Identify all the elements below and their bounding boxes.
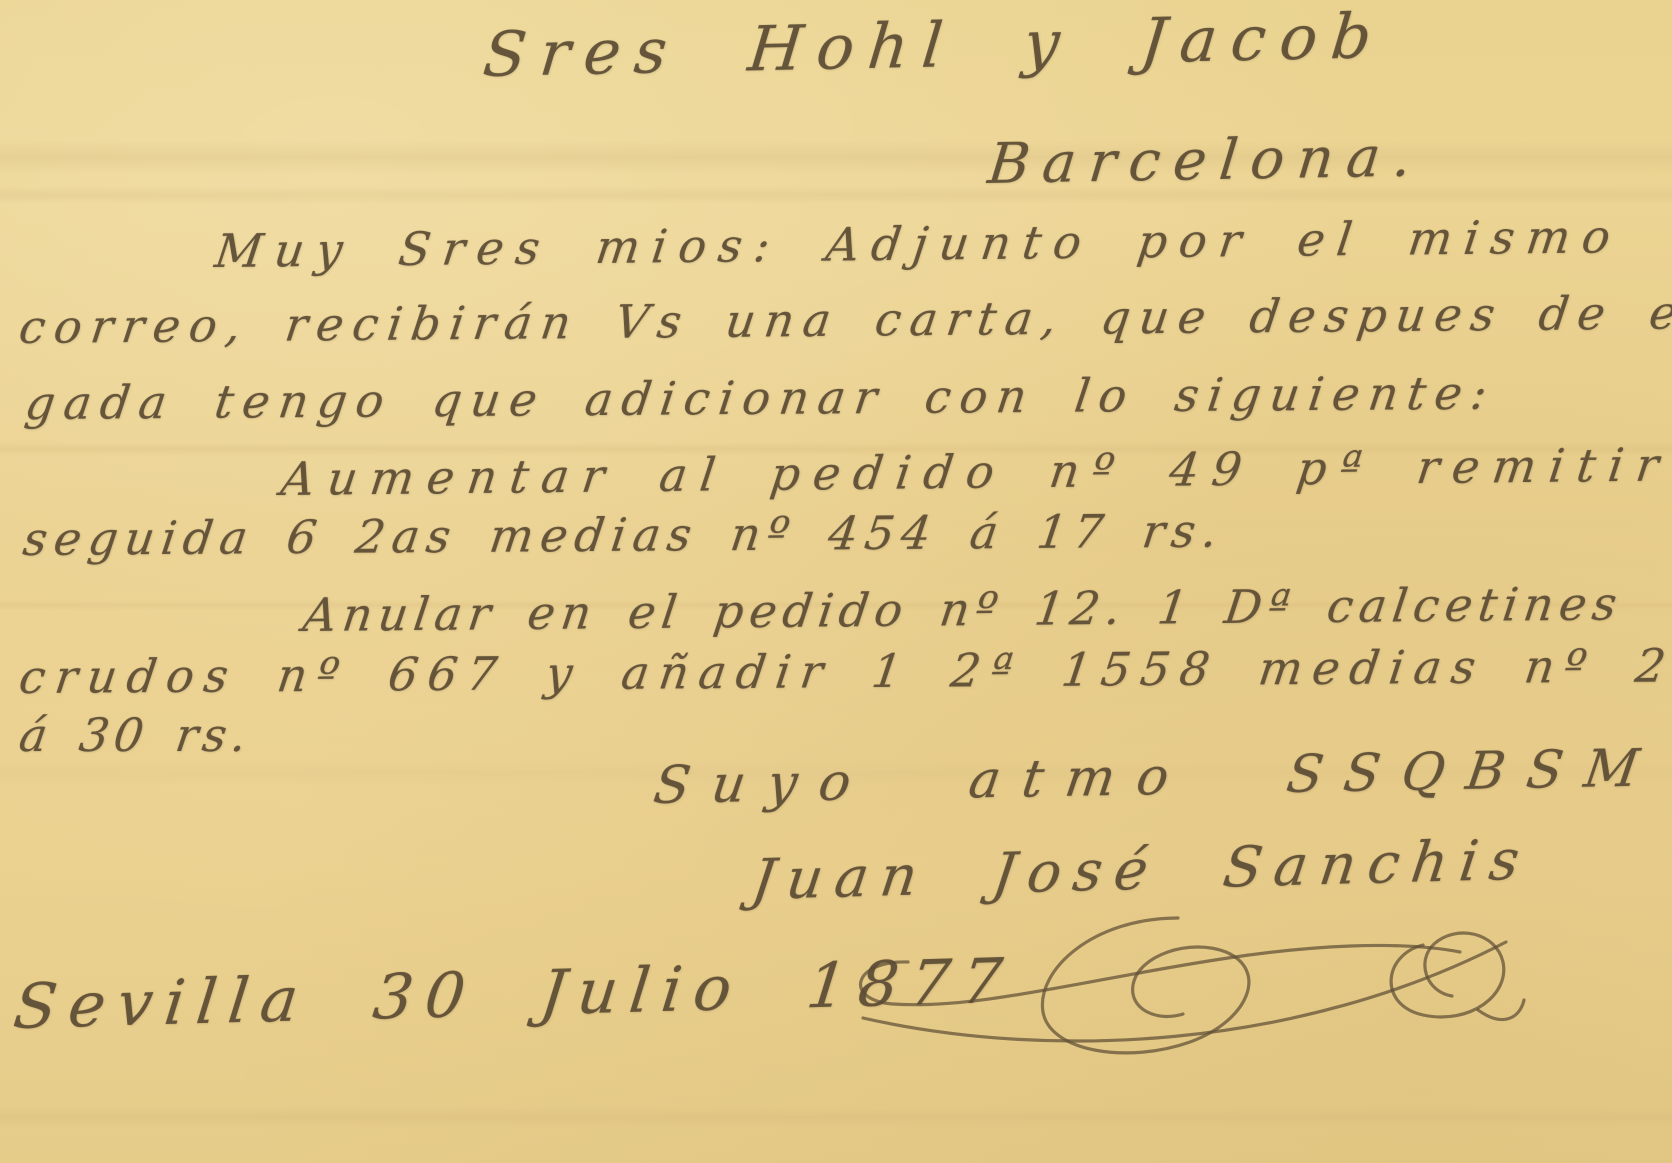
body-line-4: Aumentar al pedido nº 49 pª remitir en- [278, 436, 1672, 506]
body-line-2: correo, recibirán Vs una carta, que desp… [16, 284, 1672, 354]
body-line-5: seguida 6 2as medias nº 454 á 17 rs. [20, 504, 1228, 566]
body-line-3: gada tengo que adicionar con lo siguient… [22, 366, 1499, 430]
body-line-8: á 30 rs. [16, 708, 255, 762]
recipient-line: Sres Hohl y Jacob [480, 0, 1389, 91]
body-line-1: Muy Sres mios: Adjunto por el mismo [212, 209, 1626, 278]
paper-streak [0, 186, 1672, 204]
body-line-6: Anular en el pedido nº 12. 1 Dª calcetin… [300, 577, 1626, 642]
paper-streak [0, 1106, 1672, 1128]
closing-line: Suyo atmo SSQBSM [650, 738, 1664, 816]
body-line-7: crudos nº 667 y añadir 1 2ª 1558 medias … [16, 638, 1672, 704]
letter-sheet: Sres Hohl y Jacob Barcelona. Muy Sres mi… [0, 0, 1672, 1163]
recipient-city-line: Barcelona. [985, 124, 1427, 197]
